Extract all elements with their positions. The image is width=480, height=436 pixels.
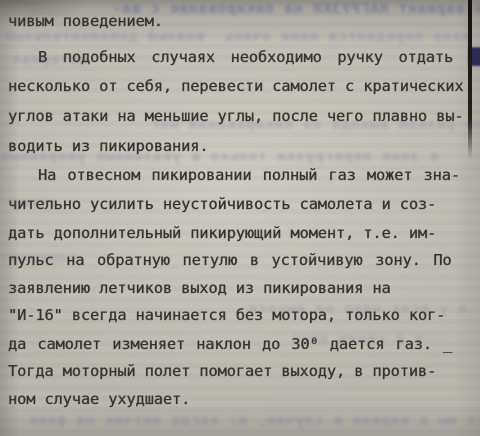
text-line: дать дополнительный пикирующий момент, т… bbox=[8, 225, 436, 243]
text-line: водить из пикирования. bbox=[8, 138, 208, 156]
text-line: Тогда моторный полет помогает выходу, в … bbox=[8, 363, 436, 381]
scanned-document-page: детали-вариант НАГРУЗКИ на пикирование с… bbox=[0, 0, 480, 436]
text-line: углов атаки на меньшие углы, после чего … bbox=[8, 108, 463, 126]
bleedthrough-text: детали-вариант НАГРУЗКИ на пикирование с… bbox=[112, 1, 480, 17]
text-line: пульс на обратную петулю в устойчивую зо… bbox=[8, 252, 452, 270]
right-margin-line bbox=[468, 0, 472, 159]
bleedthrough-text: что мы и видели в случае, и/ когда летчи… bbox=[28, 413, 480, 429]
text-line-content: В подобных случаях необходимо ручку отда… bbox=[38, 48, 469, 66]
text-line: В подобных случаях необходимо ручку отда… bbox=[8, 49, 480, 67]
text-line: ном случае ухудшает. bbox=[8, 391, 190, 409]
text-line: "И-16" всегда начинается без мотора, тол… bbox=[8, 307, 445, 325]
text-line: несколько от себя, перевести самолет с к… bbox=[8, 78, 463, 96]
bleedthrough-text: жала передается нами очень важный дополн… bbox=[4, 29, 471, 45]
text-line: да самолет изменяет наклон до 30⁰ дается… bbox=[8, 336, 452, 354]
text-line: чительно усилить неустойчивость самолета… bbox=[8, 196, 436, 214]
text-line: На отвесном пикировании полный газ может… bbox=[8, 167, 460, 185]
text-line: чивым поведением. bbox=[8, 13, 163, 31]
text-line: заявлению летчиков выход из пикирования … bbox=[8, 280, 391, 298]
